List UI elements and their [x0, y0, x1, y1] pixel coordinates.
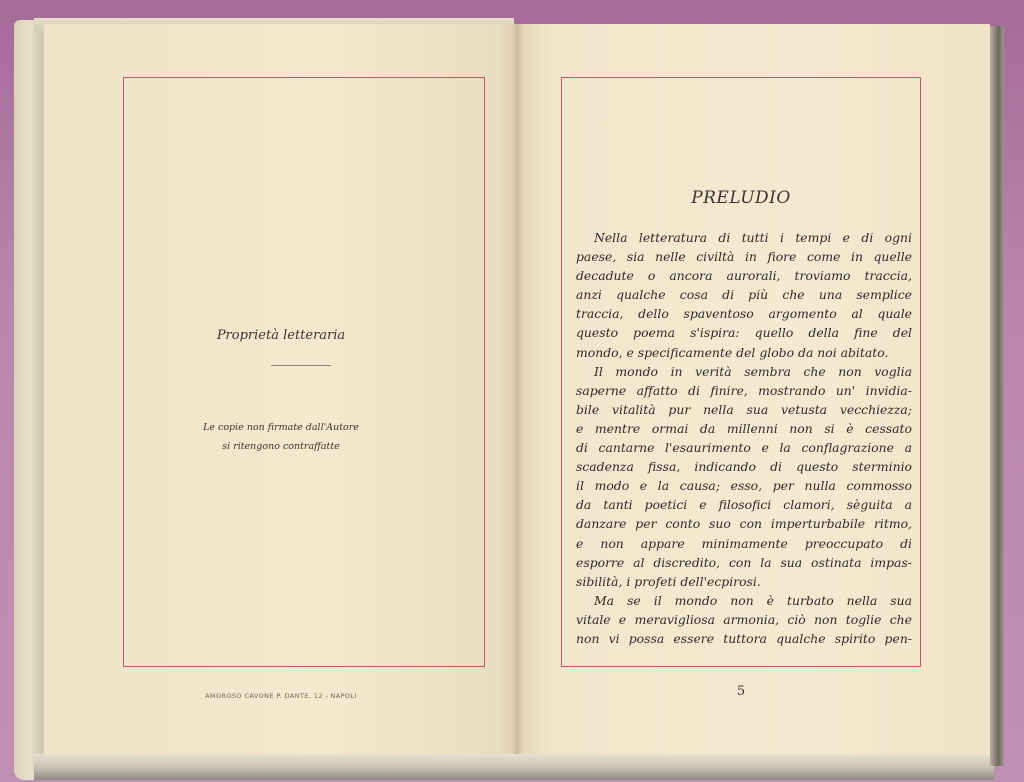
page-stack-bottom-edge	[34, 754, 994, 780]
text-line: paese, sia nelle civiltà in fiore come i…	[576, 247, 912, 266]
right-page: PRELUDIO Nella letteratura di tutti i te…	[518, 24, 990, 754]
text-line: decadute o ancora aurorali, troviamo tra…	[576, 266, 912, 285]
book-gutter	[512, 24, 524, 754]
text-line: sibilità, i profeti dell'ecpirosi.	[576, 572, 912, 591]
text-line: Ma se il mondo non è turbato nella sua	[576, 591, 912, 610]
book-cover-right-edge	[990, 26, 1004, 766]
text-line: di cantarne l'esaurimento e la conflagra…	[576, 438, 912, 457]
text-line: mondo, e specificamente del globo da noi…	[576, 343, 912, 362]
chapter-heading: PRELUDIO	[561, 188, 921, 208]
body-text: Nella letteratura di tutti i tempi e di …	[576, 228, 912, 648]
notice-line: si ritengono contraffatte	[44, 437, 518, 456]
text-line: saperne affatto di finire, mostrando un'…	[576, 381, 912, 400]
text-line: Nella letteratura di tutti i tempi e di …	[576, 228, 912, 247]
left-page: Proprietà letteraria Le copie non firmat…	[44, 24, 518, 754]
text-line: e mentre ormai da millenni non si è cess…	[576, 419, 912, 438]
divider-rule	[271, 365, 331, 366]
copyright-title: Proprietà letteraria	[44, 328, 518, 343]
text-line: esporre al discredito, con la sua ostina…	[576, 553, 912, 572]
text-line: traccia, dello spaventoso argomento al q…	[576, 304, 912, 323]
open-book: Proprietà letteraria Le copie non firmat…	[14, 16, 1006, 782]
text-line: non vi possa essere tuttora qualche spir…	[576, 629, 912, 648]
copyright-notice: Le copie non firmate dall'Autore si rite…	[44, 418, 518, 456]
text-line: bile vitalità pur nella sua vetusta vecc…	[576, 400, 912, 419]
page-number: 5	[561, 684, 921, 699]
text-line: e non appare minimamente preoccupato di	[576, 534, 912, 553]
text-line: questo poema s'ispira: quello della fine…	[576, 323, 912, 342]
text-line: da tanti poetici e filosofici clamori, s…	[576, 495, 912, 514]
notice-line: Le copie non firmate dall'Autore	[44, 418, 518, 437]
text-line: vitale e meravigliosa armonia, ciò non t…	[576, 610, 912, 629]
text-line: anzi qualche cosa di più che una semplic…	[576, 285, 912, 304]
text-line: scadenza fissa, indicando di questo ster…	[576, 457, 912, 476]
text-line: il modo e la causa; esso, per nulla comm…	[576, 476, 912, 495]
text-line: danzare per conto suo con imperturbabile…	[576, 514, 912, 533]
printer-imprint: AMOROSO CAVONE P. DANTE, 12 - NAPOLI	[44, 692, 518, 700]
left-page-frame	[123, 77, 485, 667]
text-line: Il mondo in verità sembra che non voglia	[576, 362, 912, 381]
